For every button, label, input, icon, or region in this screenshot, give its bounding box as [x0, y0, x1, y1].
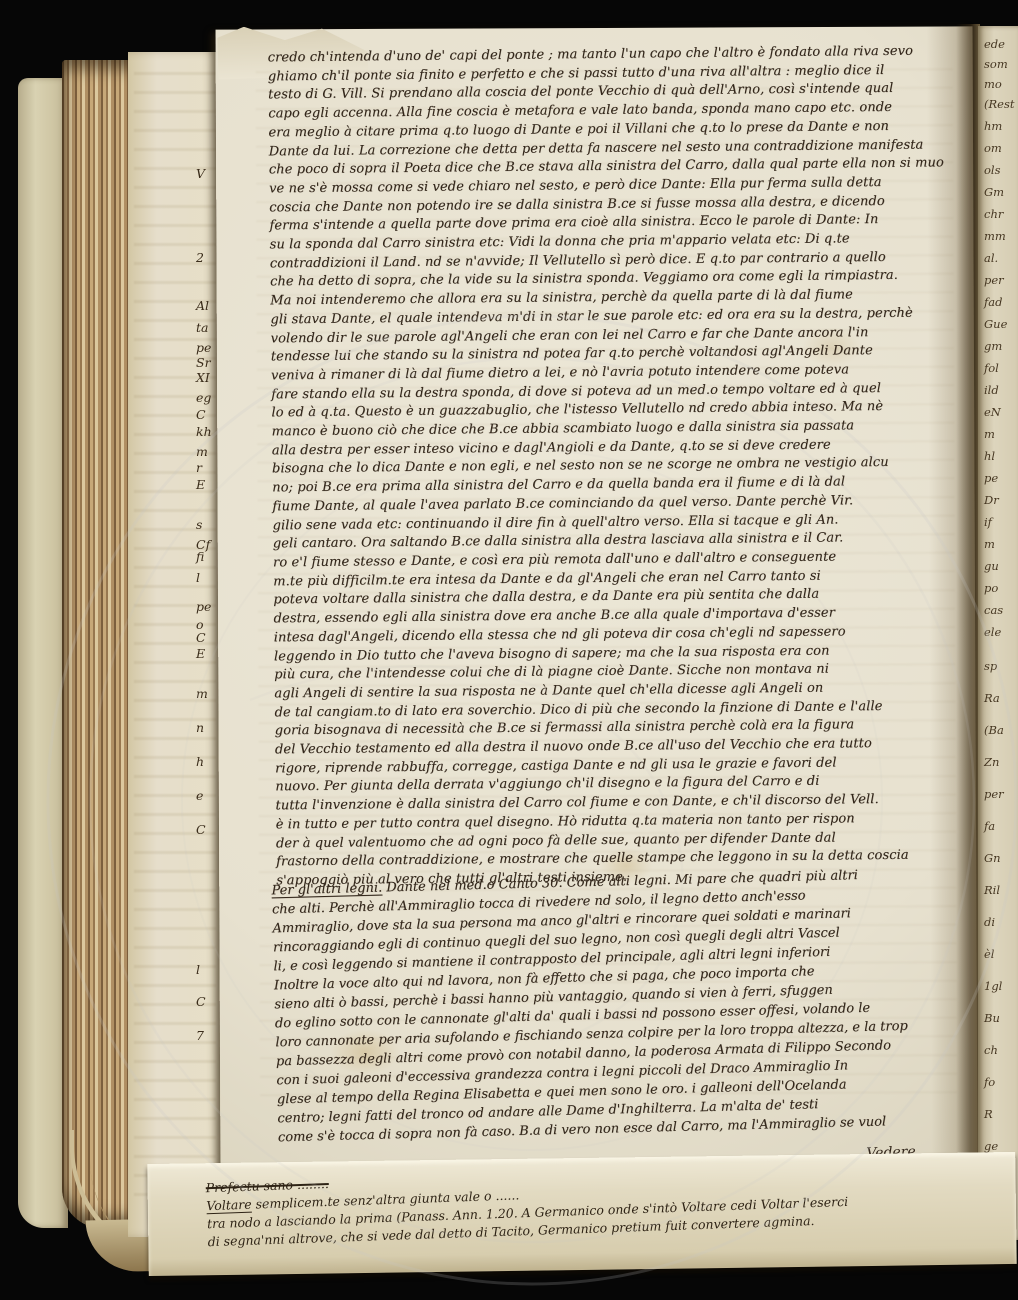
- binding-gutter: [956, 24, 980, 1244]
- main-page: credo ch'intenda d'uno de' capi del pont…: [216, 26, 978, 1169]
- commentary-paragraph-1: credo ch'intenda d'uno de' capi del pont…: [268, 42, 977, 891]
- under-page-leaf: [128, 52, 224, 1237]
- commentary-paragraph-2: Per gl'altri legni. Dante nel med.o Cant…: [271, 863, 978, 1147]
- manuscript-photo: V2AltapeSrXIegCkhmrEsCffilpeoCEmnheClC7 …: [0, 0, 1018, 1300]
- book-cover-edge: [18, 78, 68, 1228]
- facing-page-sliver: [978, 26, 1018, 1240]
- paragraph-2-lines: che alti. Perchè all'Ammiraglio tocca di…: [272, 882, 978, 1147]
- underlined-lemma: Voltare: [206, 1197, 252, 1214]
- bottom-marginal-note: Prefectu sano ........ Voltare semplicem…: [205, 1152, 997, 1252]
- ink-showthrough-texture: [134, 72, 216, 1207]
- bottom-leaf: Prefectu sano ........ Voltare semplicem…: [147, 1152, 1016, 1276]
- underlined-heading: Per gl'altri legni.: [271, 881, 382, 899]
